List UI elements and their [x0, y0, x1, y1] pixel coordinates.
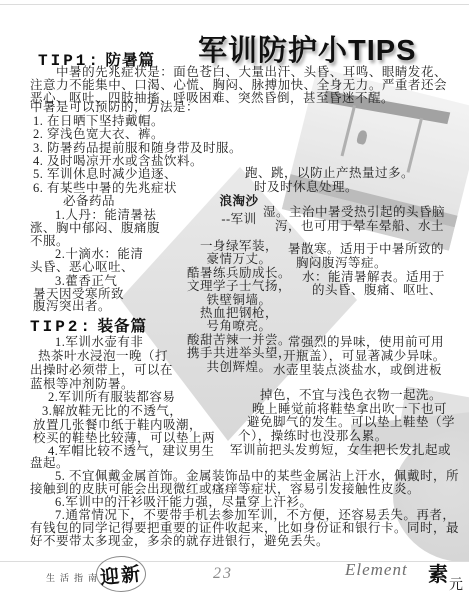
tip2-line: 避免脚气的发生。可以垫上鞋垫（学 [247, 416, 455, 429]
tip2-line: 4.军帽比较不透气，建议男生 [48, 445, 214, 458]
tip2-line: 常强烈的异味，使用前可用 [288, 336, 444, 349]
footer-series-label: 生活指南 [46, 571, 102, 584]
brand-element-script: Element [345, 560, 408, 580]
brand-character-su: 素 [428, 558, 448, 587]
tip2-line: 开瓶盖），可显著减少异味。 [283, 350, 446, 363]
magazine-page: 军训防护小TIPS TIP1: 防暑篇 中暑的先兆症状是：面色苍白、大量出汗、头… [0, 0, 469, 600]
tip2-line: 掉色，不宜与浅色衣物一起洗。 [260, 389, 442, 402]
tip2-line: 1.军训水壶有非 [55, 336, 143, 349]
welcome-stamp-text: 迎新 [99, 558, 144, 589]
tip2-line: 军训前把头发剪短，女生把长发扎起或 [230, 444, 451, 457]
tip2-label: TIP2: [30, 318, 93, 336]
tip2-line: 2.军训所有服装都容易 [48, 391, 175, 404]
tip2-name: 装备篇 [97, 318, 147, 335]
page-number: 23 [213, 565, 233, 583]
list-item-continuation: 时及时休息处理。 [254, 181, 358, 194]
med-line: 腹泻突出者。 [33, 300, 111, 313]
tip1-intro-paragraph: 中暑的先兆症状是：面色苍白、大量出汗、头昏、耳鸣、眼睛发花、注意力不能集中、口渴… [30, 66, 447, 105]
tip2-line: 好不要带太多现金，多余的就存进银行，避免丢失。 [30, 535, 329, 548]
tip1-methods-lead: 中暑是可以预防的，方法是： [30, 101, 199, 114]
poem-subtitle: --军训 [128, 213, 350, 226]
list-item: 2. 穿浅色宽大衣、裤。 [33, 128, 164, 141]
tip2-line: 热茶叶水浸泡一晚（打 [38, 350, 168, 363]
poem-title: 浪淘沙 [128, 195, 350, 208]
tip2-line: 3.解放鞋无比的不透气， [42, 405, 182, 418]
welcome-stamp: 迎新 [96, 556, 146, 592]
tip2-line: 出操时必须带上，可以在 [30, 364, 173, 377]
tip2-line: 个），操练时也没那么累。 [238, 430, 388, 443]
list-item: 5. 军训休息时减少追逐、 [33, 168, 177, 181]
list-item-continuation: 跑、跳，以防止产热量过多。 [245, 167, 414, 180]
brand-character-yuan: 元 [449, 574, 463, 594]
tip2-line: 水壶里装点淡盐水，或倒进板 [273, 364, 442, 377]
tip2-heading: TIP2: 装备篇 [30, 314, 147, 336]
page-title: 军训防护小TIPS [198, 28, 416, 69]
meds-title: 必备药品 [63, 195, 115, 208]
med-line: 头昏、恶心呕吐、 [30, 261, 134, 274]
